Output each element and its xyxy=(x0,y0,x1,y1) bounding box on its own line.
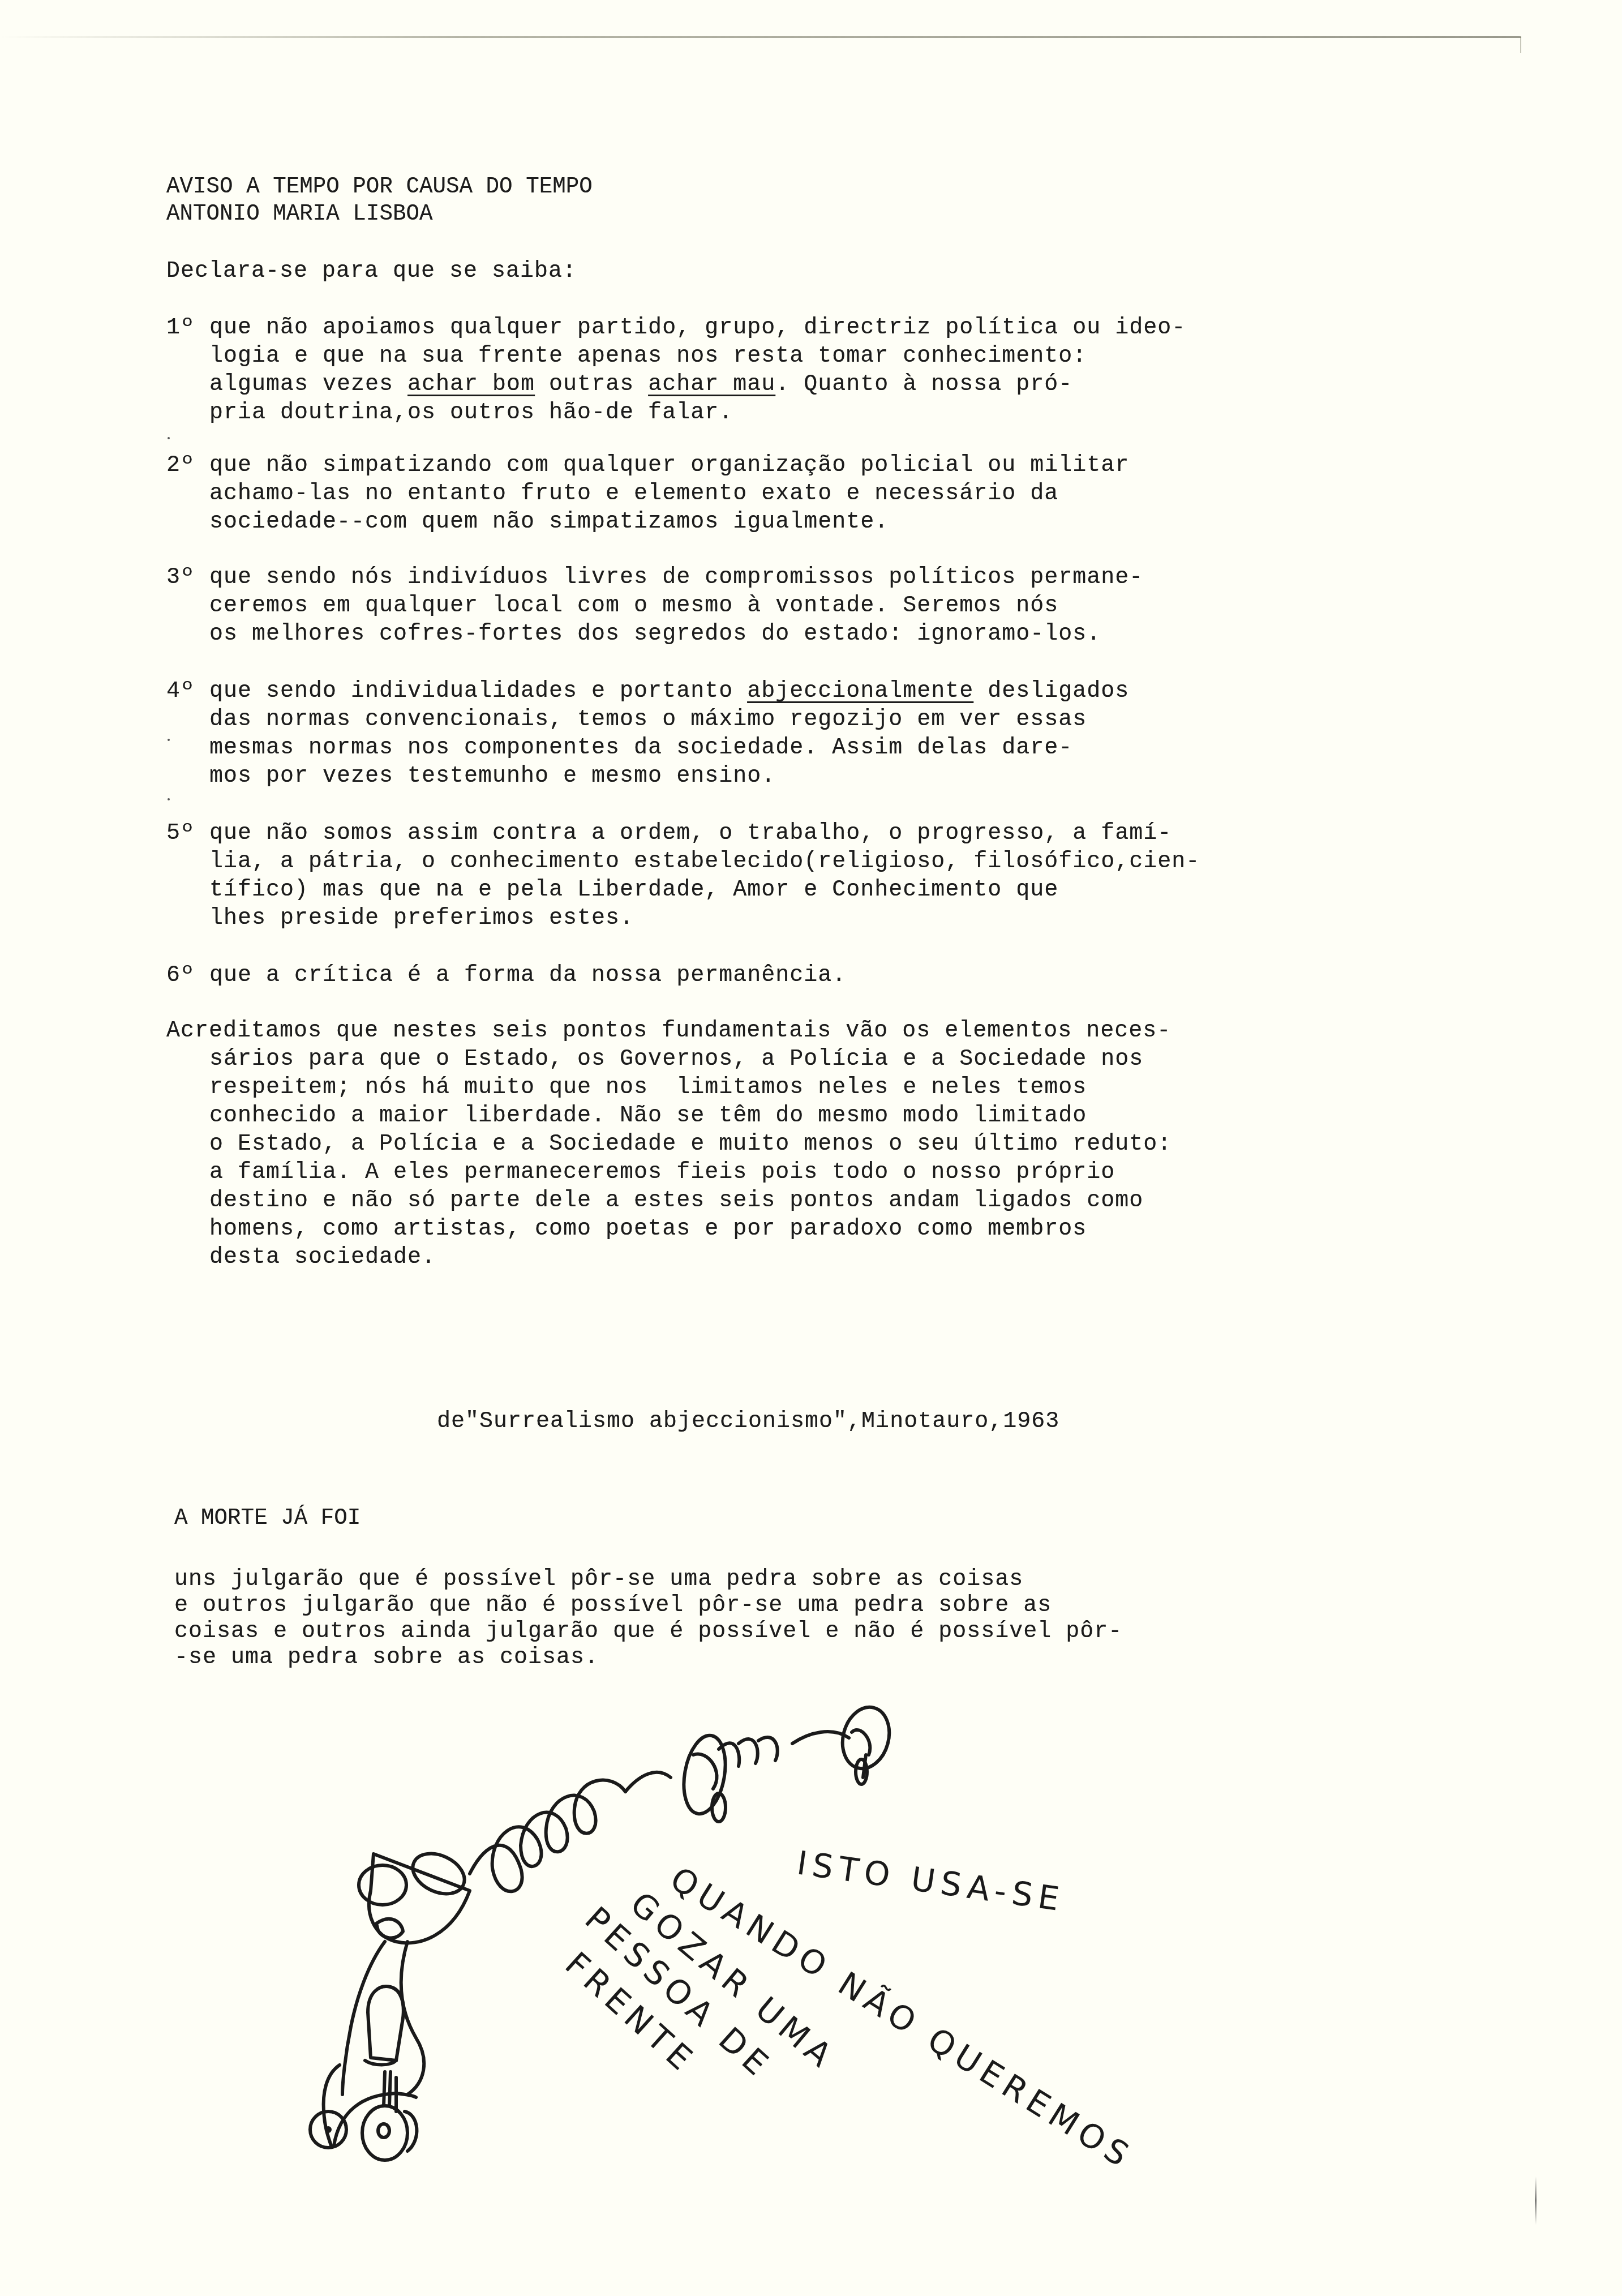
paper-corner xyxy=(1520,36,1521,53)
point-line: ceremos em qualquer local com o mesmo à … xyxy=(209,592,1058,620)
paragraph-line: conhecido a maior liberdade. Não se têm … xyxy=(209,1102,1087,1130)
poem-title: A MORTE JÁ FOI xyxy=(174,1505,361,1533)
point-line: que a crítica é a forma da nossa permanê… xyxy=(209,962,846,990)
paragraph-line: homens, como artistas, como poetas e por… xyxy=(209,1215,1087,1244)
text-seg: algumas vezes xyxy=(209,372,407,397)
handwritten-caption: ISTO USA-SE QUANDO NÃO QUEREMOS GOZAR UM… xyxy=(558,1844,1140,2177)
point-line: logia e que na sua frente apenas nos res… xyxy=(209,342,1087,371)
point-number: 3º xyxy=(166,564,195,592)
caption-line: PESSOA DE xyxy=(578,1899,780,2087)
source-citation: de"Surrealismo abjeccionismo",Minotauro,… xyxy=(437,1408,1059,1436)
point-number: 5º xyxy=(166,820,195,848)
poem-line: e outros julgarão que não é possível pôr… xyxy=(174,1592,1052,1620)
point-line: que não simpatizando com qualquer organi… xyxy=(209,452,1129,480)
phone-cord-icon xyxy=(470,1702,896,1892)
caption-line: FRENTE xyxy=(558,1944,704,2081)
point-line: que sendo individualidades e portanto ab… xyxy=(209,678,1129,706)
paragraph-line: respeitem; nós há muito que nos limitamo… xyxy=(209,1074,1087,1102)
scan-artifact xyxy=(1535,2177,1537,2225)
point-line: que não apoiamos qualquer partido, grupo… xyxy=(209,314,1186,342)
point-number: 4º xyxy=(166,678,195,706)
underlined-phrase: achar bom xyxy=(407,372,535,397)
paragraph-line: Acreditamos que nestes seis pontos funda… xyxy=(166,1017,1171,1046)
underlined-phrase: abjeccionalmente xyxy=(747,679,973,704)
point-line: achamo-las no entanto fruto e elemento e… xyxy=(209,480,1058,508)
point-line: tífico) mas que na e pela Liberdade, Amo… xyxy=(209,876,1058,905)
point-line: das normas convencionais, temos o máximo… xyxy=(209,706,1087,734)
paragraph-line: o Estado, a Polícia e a Sociedade e muit… xyxy=(209,1130,1172,1159)
car-handset-icon xyxy=(310,1846,471,2160)
paragraph-line: sários para que o Estado, os Governos, a… xyxy=(209,1046,1143,1074)
point-number: 6º xyxy=(166,962,195,990)
caption-line: QUANDO NÃO QUEREMOS xyxy=(664,1858,1140,2177)
point-line: sociedade--com quem não simpatizamos igu… xyxy=(209,508,889,537)
caption-line: ISTO USA-SE xyxy=(795,1844,1067,1920)
caption-line: GOZAR UMA xyxy=(623,1884,843,2078)
poem-line: coisas e outros ainda julgarão que é pos… xyxy=(174,1618,1122,1646)
intro-line: Declara-se para que se saiba: xyxy=(166,258,577,286)
document-author: ANTONIO MARIA LISBOA xyxy=(166,200,432,229)
poem-line: -se uma pedra sobre as coisas. xyxy=(174,1644,599,1672)
stray-mark xyxy=(168,437,170,439)
point-number: 1º xyxy=(166,314,195,342)
paragraph-line: desta sociedade. xyxy=(209,1244,436,1272)
point-line: mesmas normas nos componentes da socieda… xyxy=(209,734,1072,763)
paragraph-line: destino e não só parte dele a estes seis… xyxy=(209,1187,1143,1215)
point-line: lia, a pátria, o conhecimento estabeleci… xyxy=(209,848,1200,876)
paper-top-edge xyxy=(0,36,1521,38)
underlined-phrase: achar mau xyxy=(648,372,775,397)
point-line: que sendo nós indivíduos livres de compr… xyxy=(209,564,1143,592)
point-line: lhes preside preferimos estes. xyxy=(209,905,634,933)
paragraph-line: a família. A eles permaneceremos fieis p… xyxy=(209,1159,1115,1187)
stray-mark xyxy=(168,739,170,741)
point-line: algumas vezes achar bom outras achar mau… xyxy=(209,371,1072,399)
point-number: 2º xyxy=(166,452,195,480)
document-title: AVISO A TEMPO POR CAUSA DO TEMPO xyxy=(166,173,593,202)
stray-mark xyxy=(168,798,170,800)
point-line: mos por vezes testemunho e mesmo ensino. xyxy=(209,763,775,791)
point-line: pria doutrina,os outros hão-de falar. xyxy=(209,399,733,427)
point-line: que não somos assim contra a ordem, o tr… xyxy=(209,820,1172,848)
poem-line: uns julgarão que é possível pôr-se uma p… xyxy=(174,1566,1023,1594)
point-line: os melhores cofres-fortes dos segredos d… xyxy=(209,620,1101,649)
